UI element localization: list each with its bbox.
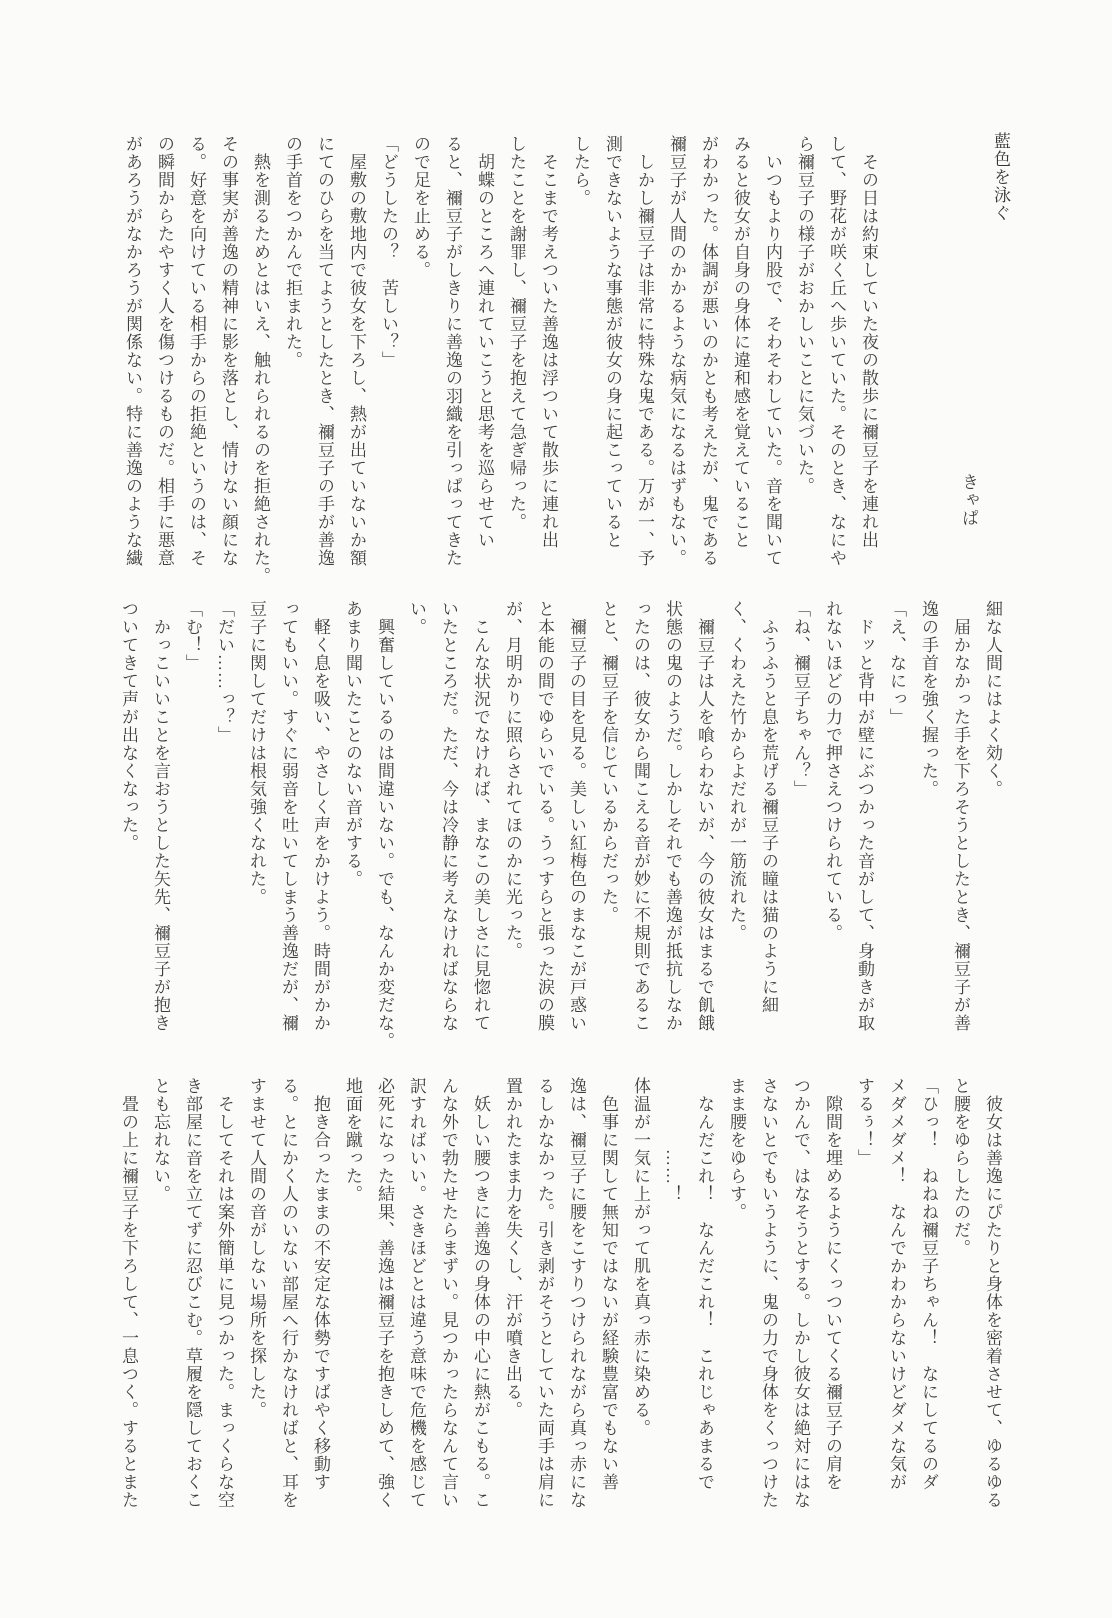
text-line: 「どうしたの？ 苦しい？」 [372, 135, 404, 571]
text-line: 「ひっ！ ねねね禰豆子ちゃん！ なにしてるのダ [912, 1077, 944, 1513]
text-line: ってもいい。すぐに弱音を吐いてしまう善逸だが、禰 [272, 600, 304, 1036]
text-line: するぅ！」 [848, 1077, 880, 1513]
text-line: ると、禰豆子がしきりに善逸の羽織を引っぱってきた [436, 135, 468, 571]
text-line: 興奮しているのは間違いない。でも、なんか変だな。 [368, 600, 400, 1036]
text-line: 測できないような事態が彼女の身に起こっていると [596, 135, 628, 571]
text-line: 届かなかった手を下ろそうとしたとき、禰豆子が善 [944, 600, 976, 1036]
text-line: と腰をゆらしたのだ。 [944, 1077, 976, 1513]
text-line: ら禰豆子の様子がおかしいことに気づいた。 [788, 135, 820, 571]
text-line: い。 [400, 600, 432, 1036]
text-band-middle: 細な人間にはよく効く。 届かなかった手を下ろそうとしたとき、禰豆子が善逸の手首を… [112, 600, 1008, 1036]
text-line: 逸は、禰豆子に腰をこすりつけられながら真っ赤にな [560, 1077, 592, 1513]
novel-page: 藍色を泳ぐ きゃぱ その日は約束していた夜の散歩に禰豆子を連れ出して、野花が咲く… [0, 0, 1112, 1618]
text-line: そしてそれは案外簡単に見つかった。まっくらな空 [208, 1077, 240, 1513]
text-line: その日は約束していた夜の散歩に禰豆子を連れ出 [852, 135, 884, 571]
text-line: 豆子に関してだけは根気強くなれた。 [240, 600, 272, 1036]
text-line: かっこいいことを言おうとした矢先、禰豆子が抱き [144, 600, 176, 1036]
text-line: るしかなかった。引き剥がそうとしていた両手は肩に [528, 1077, 560, 1513]
text-line: の手首をつかんで拒まれた。 [276, 135, 308, 571]
text-line: その事実が善逸の精神に影を落とし、情けない顔にな [212, 135, 244, 571]
text-line: んな外で勃たせたらまずい。見つかったらなんて言い [432, 1077, 464, 1513]
text-band-bottom: 彼女は善逸にぴたりと身体を密着させて、ゆるゆると腰をゆらしたのだ。「ひっ！ ねね… [112, 1077, 1008, 1513]
text-line: ドッと背中が壁にぶつかった音がして、身動きが取 [848, 600, 880, 1036]
text-band-top: その日は約束していた夜の散歩に禰豆子を連れ出して、野花が咲く丘へ歩いていた。その… [116, 135, 884, 571]
text-line: 「だい……っ？」 [208, 600, 240, 1036]
text-line: したことを謝罪し、禰豆子を抱えて急ぎ帰った。 [500, 135, 532, 571]
text-line: ふうふうと息を荒げる禰豆子の瞳は猫のように細 [752, 600, 784, 1036]
text-line: 体温が一気に上がって肌を真っ赤に染める。 [624, 1077, 656, 1513]
text-line: 「む！」 [176, 600, 208, 1036]
text-line: 抱き合ったままの不安定な体勢ですばやく移動す [304, 1077, 336, 1513]
text-line: 禰豆子が人間のかかるような病気になるはずもない。 [660, 135, 692, 571]
text-line: 細な人間にはよく効く。 [976, 600, 1008, 1036]
text-line: あまり聞いたことのない音がする。 [336, 600, 368, 1036]
text-line: 「ね、禰豆子ちゃん？」 [784, 600, 816, 1036]
text-line: ったのは、彼女から聞こえる音が妙に不規則であるこ [624, 600, 656, 1036]
text-line: いたところだ。ただ、今は冷静に考えなければならな [432, 600, 464, 1036]
text-line: 屋敷の敷地内で彼女を下ろし、熱が出ていないか額 [340, 135, 372, 571]
text-line: いつもより内股で、そわそわしていた。音を聞いて [756, 135, 788, 571]
text-line: ついてきて声が出なくなった。 [112, 600, 144, 1036]
text-line: ので足を止める。 [404, 135, 436, 571]
text-line: すませて人間の音がしない場所を探した。 [240, 1077, 272, 1513]
text-line: る。好意を向けている相手からの拒絶というのは、そ [180, 135, 212, 571]
text-line: 訳すればいい。さきほどとは違う意味で危機を感じて [400, 1077, 432, 1513]
text-line: こんな状況でなければ、まなこの美しさに見惚れて [464, 600, 496, 1036]
text-line: の瞬間からたやすく人を傷つけるものだ。相手に悪意 [148, 135, 180, 571]
text-line: 置かれたまま力を失くし、汗が噴き出る。 [496, 1077, 528, 1513]
text-line: 「え、なにっ」 [880, 600, 912, 1036]
text-line: まま腰をゆらす。 [720, 1077, 752, 1513]
author-name: きゃぱ [952, 473, 984, 527]
text-line: と本能の間でゆらいでいる。うっすらと張った涙の膜 [528, 600, 560, 1036]
text-line: がわかった。体調が悪いのかとも考えたが、鬼である [692, 135, 724, 571]
text-line: 禰豆子は人を喰らわないが、今の彼女はまるで飢餓 [688, 600, 720, 1036]
text-line: ……！ [656, 1077, 688, 1513]
text-line: みると彼女が自身の身体に違和感を覚えていること [724, 135, 756, 571]
text-line: 隙間を埋めるようにくっついてくる禰豆子の肩を [816, 1077, 848, 1513]
text-line: しかし禰豆子は非常に特殊な鬼である。万が一、予 [628, 135, 660, 571]
text-line: 状態の鬼のようだ。しかしそれでも善逸が抵抗しなか [656, 600, 688, 1036]
text-line: つかんで、はなそうとする。しかし彼女は絶対にはな [784, 1077, 816, 1513]
text-line: なんだこれ！ なんだこれ！ これじゃあまるで [688, 1077, 720, 1513]
text-line: 逸の手首を強く握った。 [912, 600, 944, 1036]
text-line: 地面を蹴った。 [336, 1077, 368, 1513]
text-line: とと、禰豆子を信じているからだった。 [592, 600, 624, 1036]
text-line: 禰豆子の目を見る。美しい紅梅色のまなこが戸惑い [560, 600, 592, 1036]
text-line: とも忘れない。 [144, 1077, 176, 1513]
text-line: 軽く息を吸い、やさしく声をかけよう。時間がかか [304, 600, 336, 1036]
text-line: が、月明かりに照らされてほのかに光った。 [496, 600, 528, 1036]
text-line: く、くわえた竹からよだれが一筋流れた。 [720, 600, 752, 1036]
text-line: る。とにかく人のいない部屋へ行かなければと、耳を [272, 1077, 304, 1513]
text-line: があろうがなかろうが関係ない。特に善逸のような繊 [116, 135, 148, 571]
text-line: 色事に関して無知ではないが経験豊富でもない善 [592, 1077, 624, 1513]
text-line: にてのひらを当てようとしたとき、禰豆子の手が善逸 [308, 135, 340, 571]
text-line: 胡蝶のところへ連れていこうと思考を巡らせてい [468, 135, 500, 571]
text-line: 熱を測るためとはいえ、触れられるのを拒絶された。 [244, 135, 276, 571]
text-line: れないほどの力で押さえつけられている。 [816, 600, 848, 1036]
text-line: して、野花が咲く丘へ歩いていた。そのとき、なにや [820, 135, 852, 571]
text-line: き部屋に音を立てずに忍びこむ。草履を隠しておくこ [176, 1077, 208, 1513]
text-line: そこまで考えついた善逸は浮ついて散歩に連れ出 [532, 135, 564, 571]
page-title: 藍色を泳ぐ [984, 132, 1016, 222]
text-line: したら。 [564, 135, 596, 571]
text-line: 畳の上に禰豆子を下ろして、一息つく。するとまた [112, 1077, 144, 1513]
text-line: 妖しい腰つきに善逸の身体の中心に熱がこもる。こ [464, 1077, 496, 1513]
text-line: 必死になった結果、善逸は禰豆子を抱きしめて、強く [368, 1077, 400, 1513]
text-line: 彼女は善逸にぴたりと身体を密着させて、ゆるゆる [976, 1077, 1008, 1513]
text-line: さないとでもいうように、鬼の力で身体をくっつけた [752, 1077, 784, 1513]
text-line: メダメダメ！ なんでかわからないけどダメな気が [880, 1077, 912, 1513]
